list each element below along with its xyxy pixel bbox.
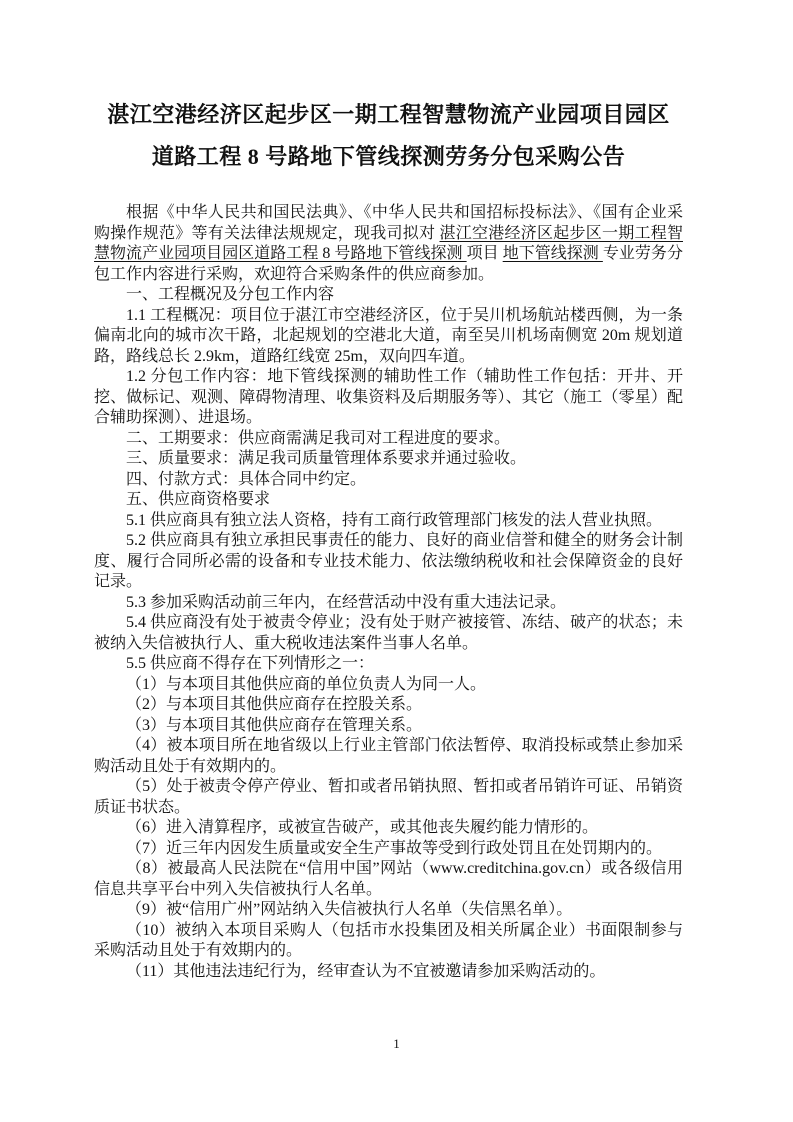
list-item-11: （11）其他违法违纪行为，经审查认为不宜被邀请参加采购活动的。 <box>94 962 683 983</box>
list-item-1: （1）与本项目其他供应商的单位负责人为同一人。 <box>94 675 683 696</box>
list-item-4: （4）被本项目所在地省级以上行业主管部门依法暂停、取消投标或禁止参加采购活动且处… <box>94 736 683 777</box>
document-content: 湛江空港经济区起步区一期工程智慧物流产业园项目园区 道路工程 8 号路地下管线探… <box>0 0 793 982</box>
list-item-9: （9）被“信用广州”网站纳入失信被执行人名单（失信黑名单）。 <box>94 900 683 921</box>
document-title-line1: 湛江空港经济区起步区一期工程智慧物流产业园项目园区 <box>94 94 683 136</box>
section-heading-1: 一、工程概况及分包工作内容 <box>94 285 683 306</box>
paragraph-1-2: 1.2 分包工作内容：地下管线探测的辅助性工作（辅助性工作包括：开井、开挖、做标… <box>94 367 683 429</box>
document-body: 根据《中华人民共和国民法典》、《中华人民共和国招标投标法》、《国有企业采购操作规… <box>94 203 683 982</box>
section-heading-3: 三、质量要求：满足我司质量管理体系要求并通过验收。 <box>94 449 683 470</box>
list-item-10: （10）被纳入本项目采购人（包括市水投集团及相关所属企业）书面限制参与采购活动且… <box>94 921 683 962</box>
document-title-line2: 道路工程 8 号路地下管线探测劳务分包采购公告 <box>94 136 683 178</box>
subcontract-scope-underlined: 地下管线探测 <box>503 245 603 262</box>
list-item-6: （6）进入清算程序，或被宣告破产，或其他丧失履约能力情形的。 <box>94 818 683 839</box>
section-heading-4: 四、付款方式：具体合同中约定。 <box>94 470 683 491</box>
page-number: 1 <box>0 1036 793 1052</box>
list-item-7: （7）近三年内因发生质量或安全生产事故等受到行政处罚且在处罚期内的。 <box>94 839 683 860</box>
paragraph-1-1: 1.1 工程概况：项目位于湛江市空港经济区，位于吴川机场航站楼西侧，为一条偏南北… <box>94 306 683 368</box>
intro-paragraph: 根据《中华人民共和国民法典》、《中华人民共和国招标投标法》、《国有企业采购操作规… <box>94 203 683 285</box>
section-heading-5: 五、供应商资格要求 <box>94 490 683 511</box>
intro-mid-text: 项目 <box>467 245 503 262</box>
paragraph-5-4: 5.4 供应商没有处于被责令停业；没有处于财产被接管、冻结、破产的状态；未被纳入… <box>94 613 683 654</box>
section-heading-2: 二、工期要求：供应商需满足我司对工程进度的要求。 <box>94 429 683 450</box>
paragraph-5-1: 5.1 供应商具有独立法人资格，持有工商行政管理部门核发的法人营业执照。 <box>94 511 683 532</box>
list-item-5: （5）处于被责令停产停业、暂扣或者吊销执照、暂扣或者吊销许可证、吊销资质证书状态… <box>94 777 683 818</box>
paragraph-5-3: 5.3 参加采购活动前三年内，在经营活动中没有重大违法记录。 <box>94 593 683 614</box>
document-page: 湛江空港经济区起步区一期工程智慧物流产业园项目园区 道路工程 8 号路地下管线探… <box>0 0 793 1122</box>
list-item-3: （3）与本项目其他供应商存在管理关系。 <box>94 716 683 737</box>
list-item-2: （2）与本项目其他供应商存在控股关系。 <box>94 695 683 716</box>
paragraph-5-2: 5.2 供应商具有独立承担民事责任的能力、良好的商业信誉和健全的财务会计制度、履… <box>94 531 683 593</box>
paragraph-5-5: 5.5 供应商不得存在下列情形之一： <box>94 654 683 675</box>
document-title: 湛江空港经济区起步区一期工程智慧物流产业园项目园区 道路工程 8 号路地下管线探… <box>94 94 683 178</box>
list-item-8: （8）被最高人民法院在“信用中国”网站（www.creditchina.gov.… <box>94 859 683 900</box>
